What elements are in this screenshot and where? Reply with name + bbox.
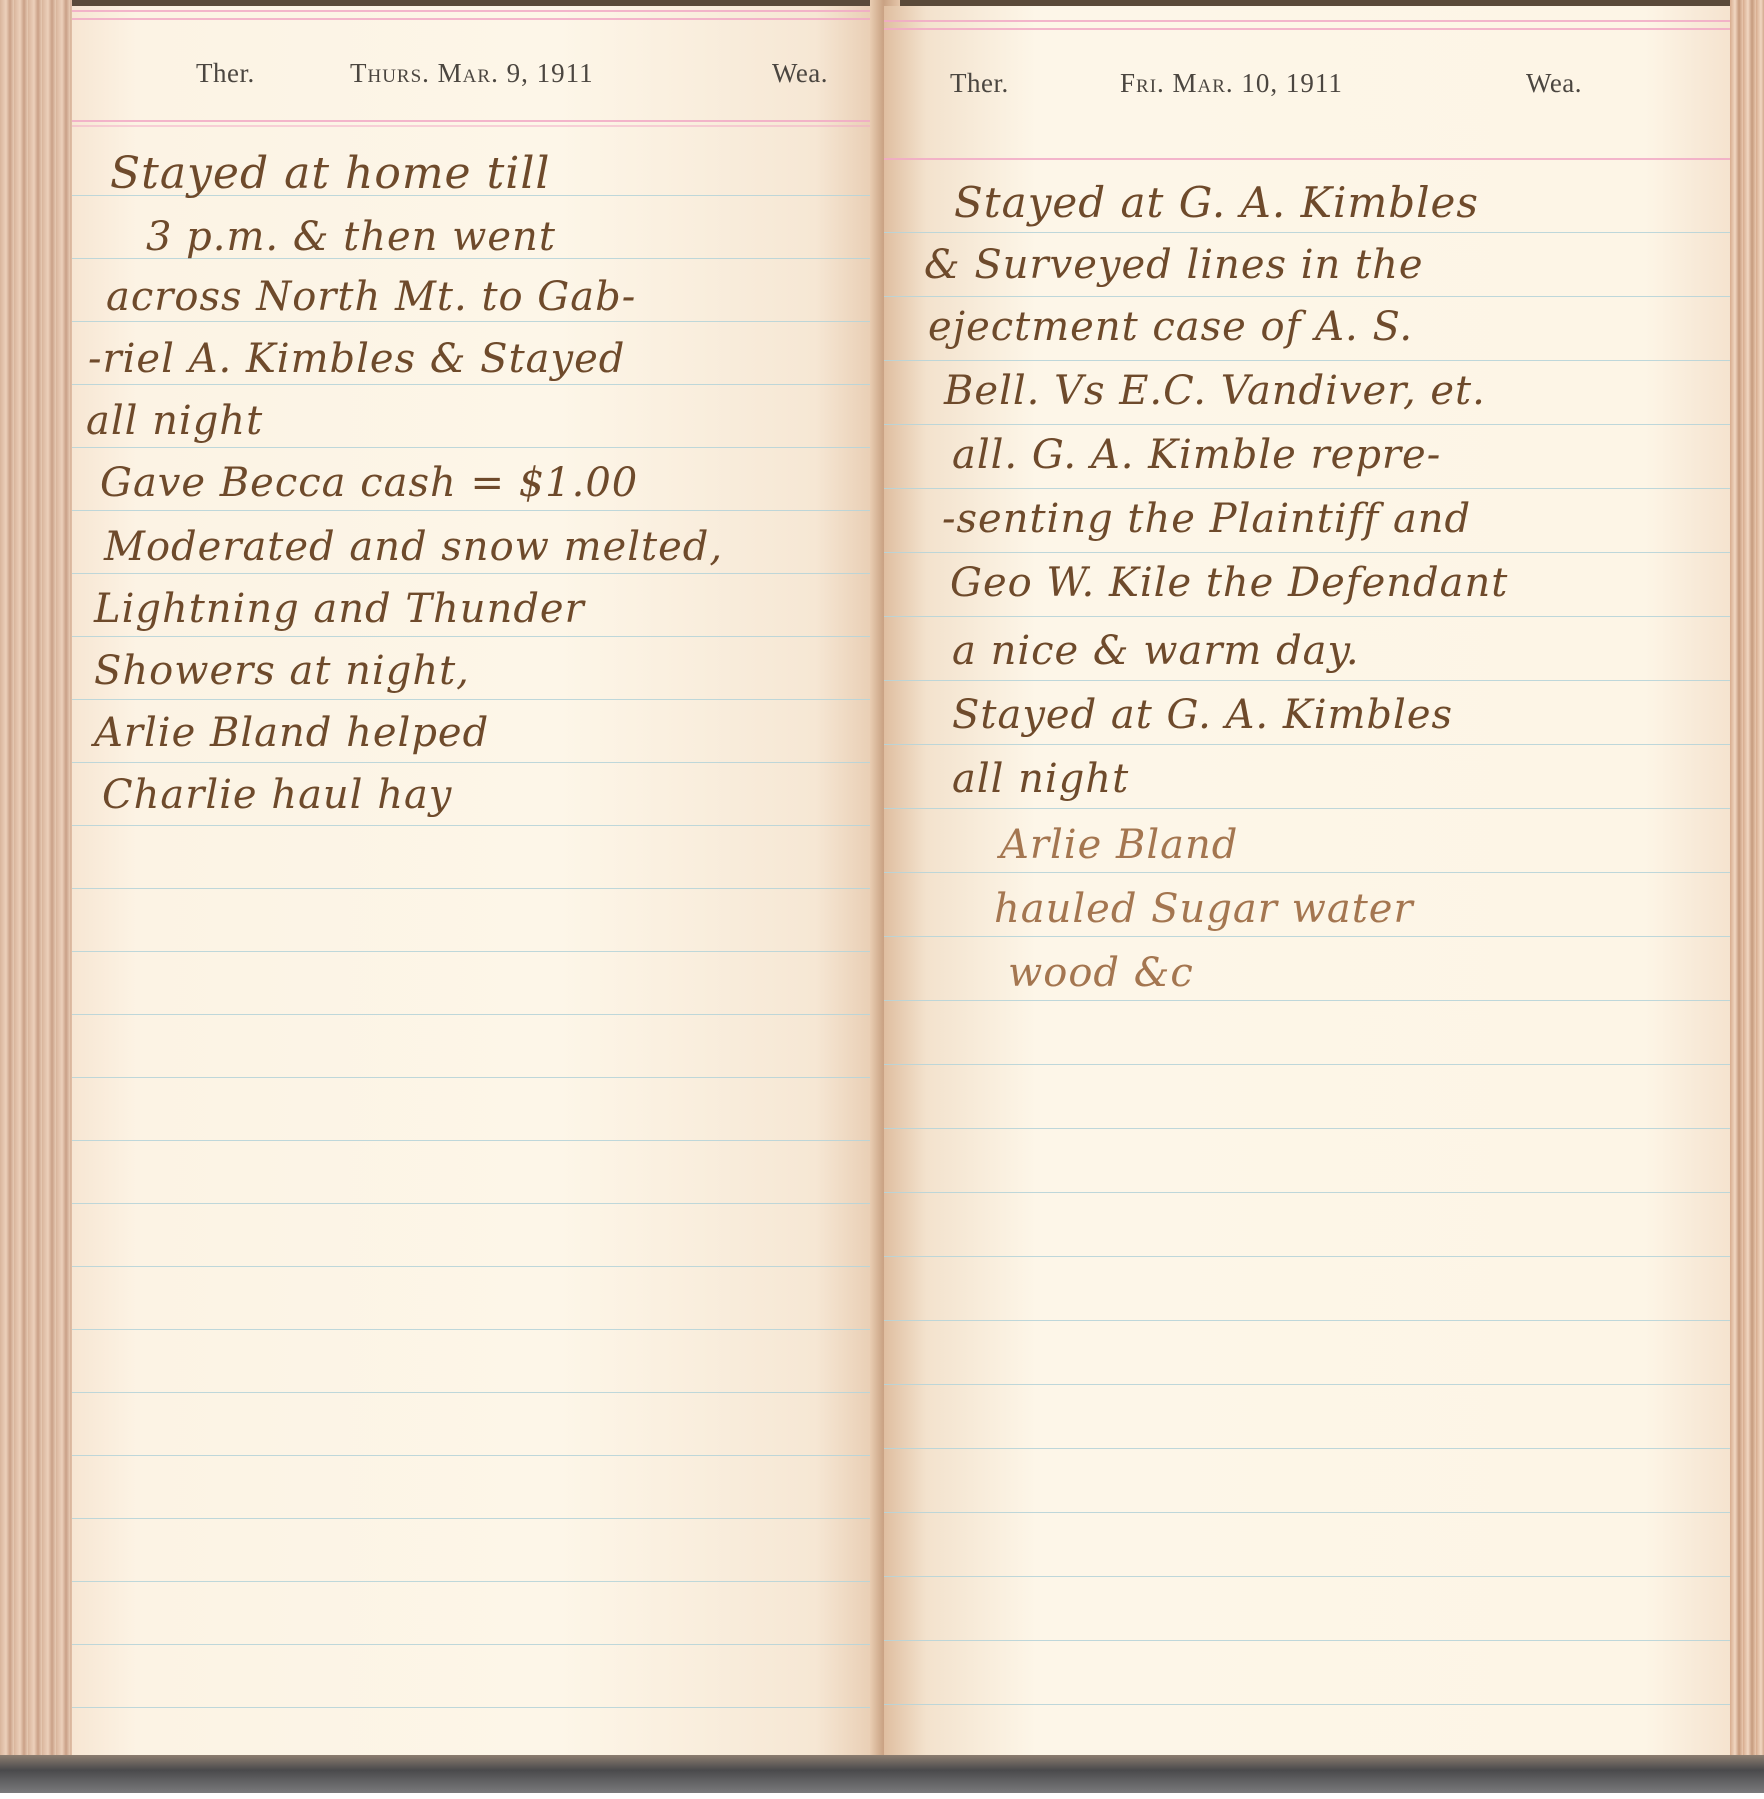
entry-line: Bell. Vs E.C. Vandiver, et.: [944, 368, 1486, 414]
entry-line: 3 p.m. & then went: [146, 214, 556, 260]
header-pink-rule: [884, 158, 1730, 160]
entry-line: -senting the Plaintiff and: [942, 496, 1471, 542]
entry-line: Stayed at G. A. Kimbles: [954, 178, 1479, 227]
entry-line: wood &c: [1008, 950, 1194, 996]
entry-line: & Surveyed lines in the: [924, 242, 1424, 288]
page-header: Ther. Fri. Mar. 10, 1911 Wea.: [884, 68, 1730, 108]
header-pink-rule: [72, 120, 880, 122]
entry-line: all night: [952, 756, 1129, 802]
entry-line: Stayed at home till: [110, 148, 550, 199]
entry-line: Charlie haul hay: [102, 772, 452, 818]
entry-line: Stayed at G. A. Kimbles: [952, 692, 1453, 738]
entry-line: Moderated and snow melted,: [104, 524, 723, 570]
thermometer-label: Ther.: [950, 68, 1009, 99]
entry-line: all. G. A. Kimble repre-: [952, 432, 1441, 478]
entry-line: all night: [86, 398, 263, 444]
entry-line: a nice & warm day.: [952, 628, 1360, 674]
entry-line: Showers at night,: [94, 648, 470, 694]
entry-line: Lightning and Thunder: [94, 586, 585, 632]
top-pink-rule: [884, 20, 1730, 22]
entry-line: hauled Sugar water: [994, 886, 1414, 932]
top-pink-rule: [72, 10, 880, 12]
left-page-edges: [0, 0, 72, 1760]
top-pink-rule: [72, 18, 880, 20]
weather-label: Wea.: [772, 58, 828, 89]
left-page: Ther. Thurs. Mar. 9, 1911 Wea. Stay: [72, 6, 880, 1756]
entry-line: Gave Becca cash = $1.00: [100, 460, 638, 506]
entry-line: across North Mt. to Gab-: [106, 274, 636, 320]
entry-line: ejectment case of A. S.: [928, 304, 1413, 350]
thermometer-label: Ther.: [196, 58, 255, 89]
entry-line: Arlie Bland: [1000, 822, 1238, 868]
book-bottom-edge: [0, 1755, 1764, 1793]
right-page-edges: [1730, 0, 1764, 1760]
right-page: Ther. Fri. Mar. 10, 1911 Wea. Stayed at …: [884, 6, 1730, 1756]
diary-book: Ther. Thurs. Mar. 9, 1911 Wea. Stay: [0, 0, 1764, 1790]
entry-line: -riel A. Kimbles & Stayed: [88, 336, 625, 382]
page-header: Ther. Thurs. Mar. 9, 1911 Wea.: [72, 58, 880, 98]
top-pink-rule: [884, 28, 1730, 30]
entry-line: Geo W. Kile the Defendant: [950, 560, 1508, 606]
entry-line: Arlie Bland helped: [94, 710, 489, 756]
header-pink-rule: [72, 125, 880, 127]
entry-date: Thurs. Mar. 9, 1911: [350, 58, 594, 89]
entry-date: Fri. Mar. 10, 1911: [1120, 68, 1343, 99]
weather-label: Wea.: [1526, 68, 1582, 99]
